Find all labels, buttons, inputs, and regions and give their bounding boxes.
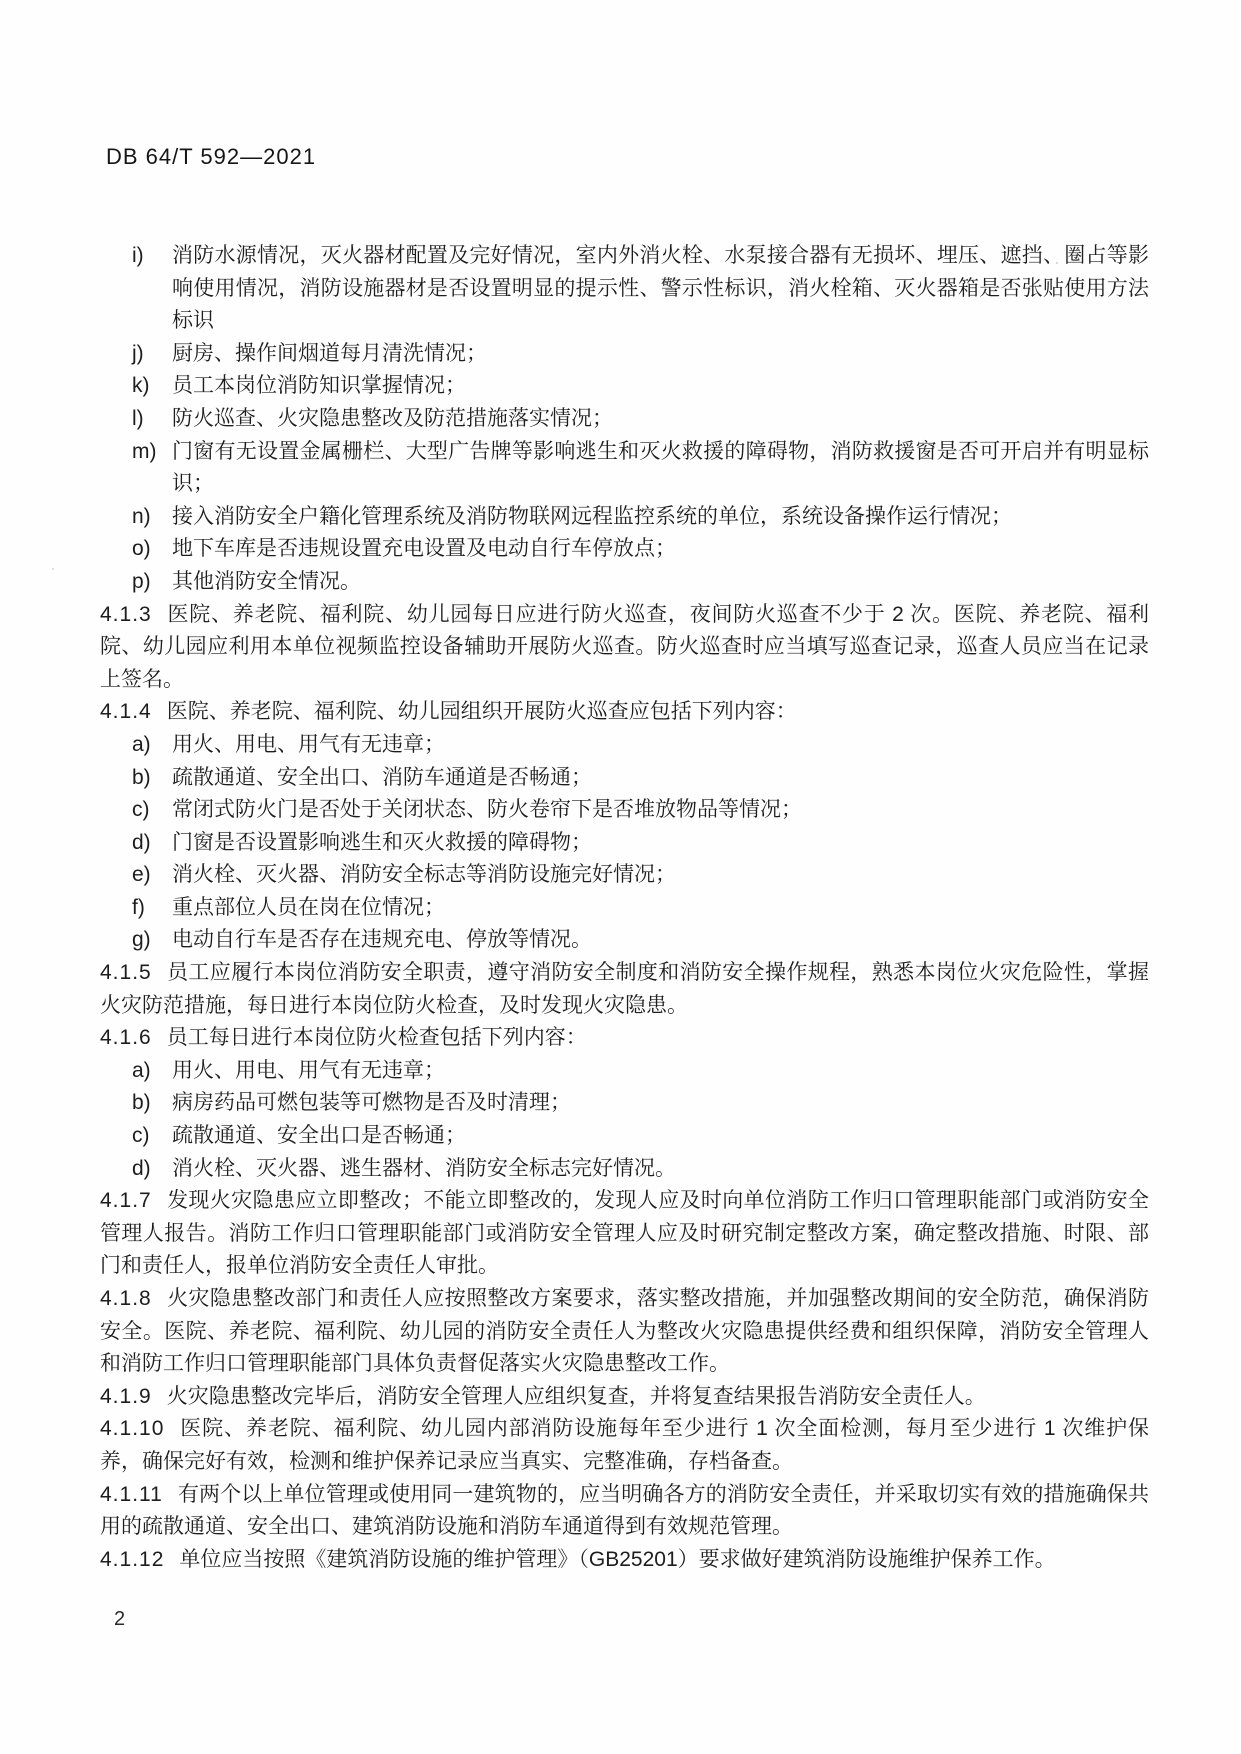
list-item-c: c) 常闭式防火门是否处于关闭状态、防火卷帘下是否堆放物品等情况；: [100, 794, 1149, 827]
list-item-text: 地下车库是否违规设置充电设置及电动自行车停放点；: [172, 533, 1149, 566]
list-item-g: g) 电动自行车是否存在违规充电、停放等情况。: [100, 924, 1149, 957]
clause-4-1-12: 4.1.12单位应当按照《建筑消防设施的维护管理》（GB25201）要求做好建筑…: [100, 1544, 1149, 1577]
list-item-i: i) 消防水源情况，灭火器材配置及完好情况，室内外消火栓、水泵接合器有无损坏、埋…: [100, 240, 1149, 338]
clause-text: 员工每日进行本岗位防火检查包括下列内容：: [167, 1026, 587, 1049]
clause-4-1-9: 4.1.9火灾隐患整改完毕后，消防安全管理人应组织复查，并将复查结果报告消防安全…: [100, 1381, 1149, 1414]
clause-text: 火灾隐患整改部门和责任人应按照整改方案要求，落实整改措施，并加强整改期间的安全防…: [100, 1287, 1149, 1375]
list-item-label: b): [132, 762, 172, 795]
clause-number: 4.1.12: [100, 1548, 179, 1571]
clause-number: 4.1.8: [100, 1287, 167, 1310]
list-item-label: c): [132, 1120, 172, 1153]
list-item-label: m): [132, 436, 172, 501]
clause-text: 员工应履行本岗位消防安全职责，遵守消防安全制度和消防安全操作规程，熟悉本岗位火灾…: [100, 961, 1149, 1017]
list-item-c2: c) 疏散通道、安全出口是否畅通；: [100, 1120, 1149, 1153]
list-item-p: p) 其他消防安全情况。: [100, 566, 1149, 599]
list-item-label: f): [132, 892, 172, 925]
list-item-label: d): [132, 827, 172, 860]
scan-speck: [52, 568, 54, 570]
list-item-text: 门窗有无设置金属栅栏、大型广告牌等影响逃生和灭火救援的障碍物，消防救援窗是否可开…: [172, 436, 1149, 501]
list-item-n: n) 接入消防安全户籍化管理系统及消防物联网远程监控系统的单位，系统设备操作运行…: [100, 501, 1149, 534]
list-item-label: b): [132, 1087, 172, 1120]
list-item-label: i): [132, 240, 172, 338]
list-item-text: 员工本岗位消防知识掌握情况；: [172, 370, 1149, 403]
list-item-label: a): [132, 1055, 172, 1088]
standard-number: DB 64/T 592—2021: [106, 144, 316, 170]
list-item-label: n): [132, 501, 172, 534]
list-item-text: 疏散通道、安全出口是否畅通；: [172, 1120, 1149, 1153]
list-item-label: j): [132, 338, 172, 371]
list-item-text: 消火栓、灭火器、消防安全标志等消防设施完好情况；: [172, 859, 1149, 892]
list-item-text: 消防水源情况，灭火器材配置及完好情况，室内外消火栓、水泵接合器有无损坏、埋压、遮…: [172, 240, 1149, 338]
clause-text: 火灾隐患整改完毕后，消防安全管理人应组织复查，并将复查结果报告消防安全责任人。: [167, 1385, 986, 1408]
list-item-label: k): [132, 370, 172, 403]
list-item-text: 常闭式防火门是否处于关闭状态、防火卷帘下是否堆放物品等情况；: [172, 794, 1149, 827]
clause-4-1-5: 4.1.5员工应履行本岗位消防安全职责，遵守消防安全制度和消防安全操作规程，熟悉…: [100, 957, 1149, 1022]
list-item-k: k) 员工本岗位消防知识掌握情况；: [100, 370, 1149, 403]
clause-text: 医院、养老院、福利院、幼儿园每日应进行防火巡查，夜间防火巡查不少于 2 次。医院…: [100, 603, 1149, 691]
list-item-text: 门窗是否设置影响逃生和灭火救援的障碍物；: [172, 827, 1149, 860]
list-item-d: d) 门窗是否设置影响逃生和灭火救援的障碍物；: [100, 827, 1149, 860]
clause-number: 4.1.7: [100, 1189, 167, 1212]
clause-number: 4.1.4: [100, 700, 167, 723]
list-item-label: g): [132, 924, 172, 957]
list-item-text: 重点部位人员在岗在位情况；: [172, 892, 1149, 925]
list-item-b2: b) 病房药品可燃包装等可燃物是否及时清理；: [100, 1087, 1149, 1120]
list-item-text: 电动自行车是否存在违规充电、停放等情况。: [172, 924, 1149, 957]
clause-number: 4.1.9: [100, 1385, 167, 1408]
list-item-l: l) 防火巡查、火灾隐患整改及防范措施落实情况；: [100, 403, 1149, 436]
list-item-text: 防火巡查、火灾隐患整改及防范措施落实情况；: [172, 403, 1149, 436]
list-item-text: 其他消防安全情况。: [172, 566, 1149, 599]
list-item-label: c): [132, 794, 172, 827]
list-item-label: a): [132, 729, 172, 762]
clause-number: 4.1.11: [100, 1483, 178, 1506]
clause-4-1-8: 4.1.8火灾隐患整改部门和责任人应按照整改方案要求，落实整改措施，并加强整改期…: [100, 1283, 1149, 1381]
list-item-m: m) 门窗有无设置金属栅栏、大型广告牌等影响逃生和灭火救援的障碍物，消防救援窗是…: [100, 436, 1149, 501]
clause-4-1-6: 4.1.6员工每日进行本岗位防火检查包括下列内容：: [100, 1022, 1149, 1055]
clause-number: 4.1.10: [100, 1417, 179, 1440]
list-item-text: 疏散通道、安全出口、消防车通道是否畅通；: [172, 762, 1149, 795]
list-item-b: b) 疏散通道、安全出口、消防车通道是否畅通；: [100, 762, 1149, 795]
list-item-label: d): [132, 1153, 172, 1186]
list-item-label: e): [132, 859, 172, 892]
clause-text: 有两个以上单位管理或使用同一建筑物的，应当明确各方的消防安全责任，并采取切实有效…: [100, 1483, 1149, 1539]
clause-text: 单位应当按照《建筑消防设施的维护管理》（GB25201）要求做好建筑消防设施维护…: [179, 1548, 1055, 1571]
clause-text: 发现火灾隐患应立即整改；不能立即整改的，发现人应及时向单位消防工作归口管理职能部…: [100, 1189, 1149, 1277]
clause-number: 4.1.3: [100, 603, 167, 626]
list-item-text: 用火、用电、用气有无违章；: [172, 1055, 1149, 1088]
list-item-e: e) 消火栓、灭火器、消防安全标志等消防设施完好情况；: [100, 859, 1149, 892]
list-item-f: f) 重点部位人员在岗在位情况；: [100, 892, 1149, 925]
list-item-text: 消火栓、灭火器、逃生器材、消防安全标志完好情况。: [172, 1153, 1149, 1186]
list-item-d2: d) 消火栓、灭火器、逃生器材、消防安全标志完好情况。: [100, 1153, 1149, 1186]
list-item-text: 接入消防安全户籍化管理系统及消防物联网远程监控系统的单位，系统设备操作运行情况；: [172, 501, 1149, 534]
list-item-label: p): [132, 566, 172, 599]
list-item-text: 厨房、操作间烟道每月清洗情况；: [172, 338, 1149, 371]
clause-number: 4.1.5: [100, 961, 167, 984]
clause-4-1-11: 4.1.11有两个以上单位管理或使用同一建筑物的，应当明确各方的消防安全责任，并…: [100, 1479, 1149, 1544]
list-item-label: l): [132, 403, 172, 436]
list-item-a: a) 用火、用电、用气有无违章；: [100, 729, 1149, 762]
clause-text: 医院、养老院、福利院、幼儿园组织开展防火巡查应包括下列内容：: [167, 700, 797, 723]
list-item-label: o): [132, 533, 172, 566]
list-item-text: 用火、用电、用气有无违章；: [172, 729, 1149, 762]
list-item-text: 病房药品可燃包装等可燃物是否及时清理；: [172, 1087, 1149, 1120]
document-body: i) 消防水源情况，灭火器材配置及完好情况，室内外消火栓、水泵接合器有无损坏、埋…: [100, 240, 1149, 1576]
document-page: DB 64/T 592—2021 i) 消防水源情况，灭火器材配置及完好情况，室…: [0, 0, 1241, 1754]
clause-number: 4.1.6: [100, 1026, 167, 1049]
clause-text: 医院、养老院、福利院、幼儿园内部消防设施每年至少进行 1 次全面检测，每月至少进…: [100, 1417, 1149, 1473]
list-item-o: o) 地下车库是否违规设置充电设置及电动自行车停放点；: [100, 533, 1149, 566]
clause-4-1-3: 4.1.3医院、养老院、福利院、幼儿园每日应进行防火巡查，夜间防火巡查不少于 2…: [100, 599, 1149, 697]
clause-4-1-10: 4.1.10医院、养老院、福利院、幼儿园内部消防设施每年至少进行 1 次全面检测…: [100, 1413, 1149, 1478]
clause-4-1-7: 4.1.7发现火灾隐患应立即整改；不能立即整改的，发现人应及时向单位消防工作归口…: [100, 1185, 1149, 1283]
list-item-a2: a) 用火、用电、用气有无违章；: [100, 1055, 1149, 1088]
list-item-j: j) 厨房、操作间烟道每月清洗情况；: [100, 338, 1149, 371]
clause-4-1-4: 4.1.4医院、养老院、福利院、幼儿园组织开展防火巡查应包括下列内容：: [100, 696, 1149, 729]
page-number: 2: [114, 1608, 125, 1631]
